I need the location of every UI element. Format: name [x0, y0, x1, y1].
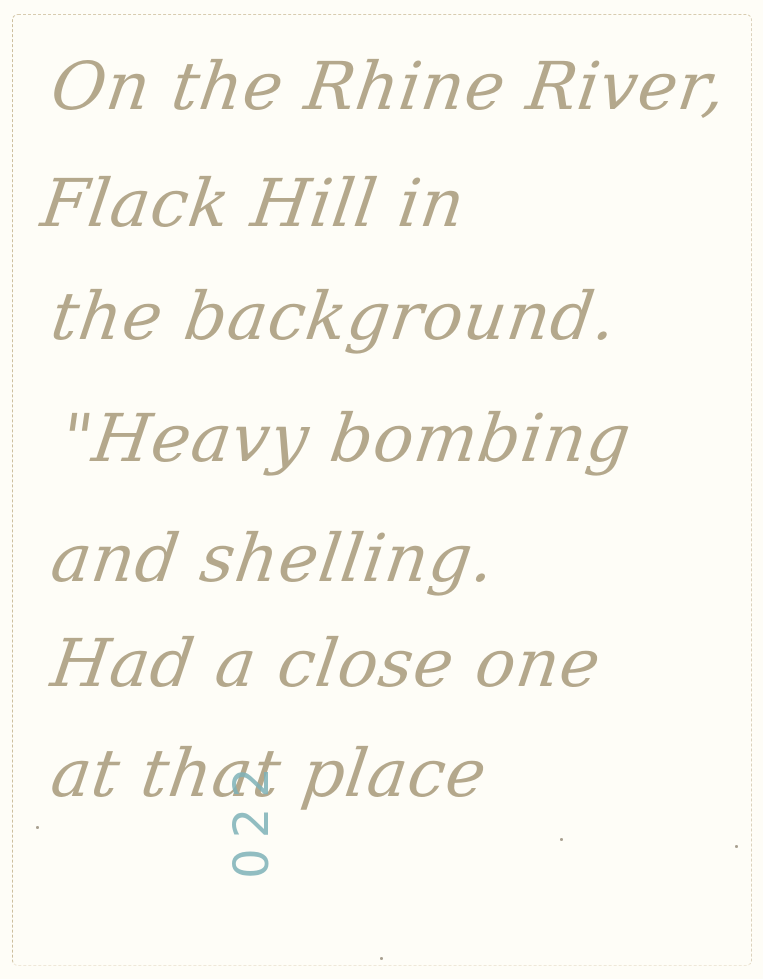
- handwritten-line-4: "Heavy bombing: [57, 400, 636, 477]
- handwritten-line-2: Flack Hill in: [37, 165, 470, 242]
- handwritten-line-5: and shelling.: [47, 520, 500, 597]
- paper-speck: [36, 826, 39, 829]
- handwritten-line-6: Had a close one: [47, 625, 606, 702]
- stamp-number: 022: [224, 698, 280, 938]
- handwritten-line-1: On the Rhine River,: [47, 48, 732, 125]
- paper-speck: [560, 838, 563, 841]
- deckled-border: [12, 14, 752, 966]
- handwritten-line-3: the background.: [47, 278, 622, 355]
- paper-speck: [380, 957, 383, 960]
- paper-speck: [735, 845, 738, 848]
- photo-back-card: On the Rhine River, Flack Hill in the ba…: [0, 0, 763, 979]
- number-stamp: 022: [212, 700, 282, 940]
